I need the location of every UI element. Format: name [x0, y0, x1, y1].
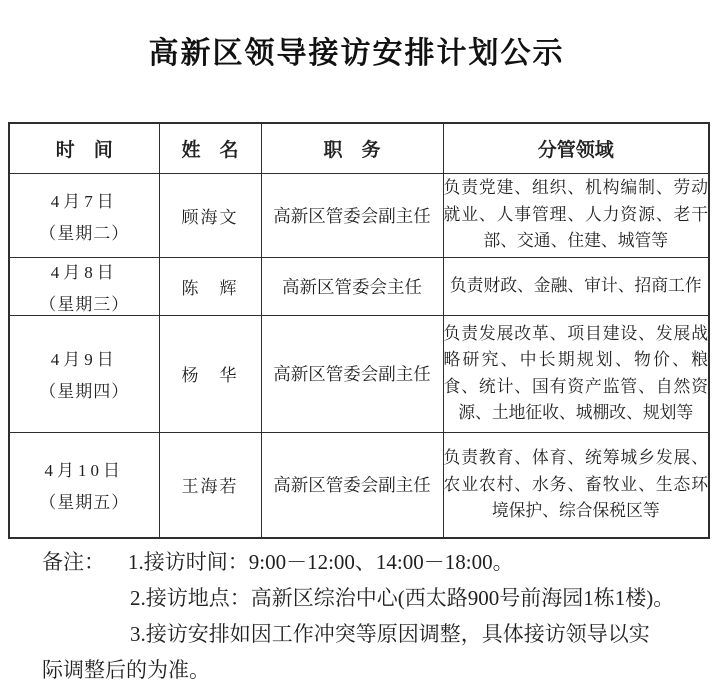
weekday-text: （星期四） — [10, 377, 159, 402]
notes-label: 备注： — [42, 544, 128, 580]
table-header-row: 时 间 姓 名 职 务 分管领域 — [9, 123, 709, 173]
duty-text: 负责财政、金融、审计、招商工作 — [444, 273, 709, 300]
notes-section: 备注：1.接访时间：9:00－12:00、14:00－18:00。 2.接访地点… — [8, 544, 708, 688]
duty-cell: 负责教育、体育、统筹城乡发展、农业农村、水务、畜牧业、生态环境保护、综合保税区等 — [443, 432, 709, 538]
time-cell: 4月8日 （星期三） — [9, 257, 159, 315]
time-cell: 4月9日 （星期四） — [9, 315, 159, 432]
note-line-2: 2.接访地点：高新区综治中心(西太路900号前海园1栋1楼)。 — [8, 580, 708, 616]
table-row: 4月10日 （星期五） 王海若 高新区管委会副主任 负责教育、体育、统筹城乡发展… — [9, 432, 709, 538]
note-line-3: 3.接访安排如因工作冲突等原因调整，具体接访领导以实际调整后的为准。 — [8, 616, 666, 688]
name-cell: 王海若 — [159, 432, 261, 538]
page-title: 高新区领导接访安排计划公示 — [0, 0, 713, 76]
weekday-text: （星期三） — [10, 290, 159, 315]
date-text: 4月7日 — [10, 187, 159, 212]
date-text: 4月9日 — [10, 345, 159, 370]
col-header-time: 时 间 — [9, 123, 159, 173]
duty-text: 负责发展改革、项目建设、发展战略研究、中长期规划、物价、粮食、统计、国有资产监管… — [444, 321, 709, 427]
note-item-reception-hours: 1.接访时间：9:00－12:00、14:00－18:00。 — [128, 550, 514, 574]
date-text: 4月10日 — [10, 456, 159, 481]
weekday-text: （星期五） — [10, 488, 159, 513]
col-header-name: 姓 名 — [159, 123, 261, 173]
table-row: 4月8日 （星期三） 陈 辉 高新区管委会主任 负责财政、金融、审计、招商工作 — [9, 257, 709, 315]
name-cell: 杨 华 — [159, 315, 261, 432]
weekday-text: （星期二） — [10, 219, 159, 244]
note-line-1: 备注：1.接访时间：9:00－12:00、14:00－18:00。 — [8, 544, 708, 580]
duty-cell: 负责财政、金融、审计、招商工作 — [443, 257, 709, 315]
reception-schedule-table: 时 间 姓 名 职 务 分管领域 4月7日 （星期二） 顾海文 高新区管委会副主… — [8, 122, 710, 539]
col-header-position: 职 务 — [261, 123, 443, 173]
duty-cell: 负责发展改革、项目建设、发展战略研究、中长期规划、物价、粮食、统计、国有资产监管… — [443, 315, 709, 432]
table-row: 4月7日 （星期二） 顾海文 高新区管委会副主任 负责党建、组织、机构编制、劳动… — [9, 173, 709, 257]
position-cell: 高新区管委会主任 — [261, 257, 443, 315]
duty-text: 负责党建、组织、机构编制、劳动就业、人事管理、人力资源、老干部、交通、住建、城管… — [444, 175, 709, 255]
position-cell: 高新区管委会副主任 — [261, 173, 443, 257]
name-cell: 陈 辉 — [159, 257, 261, 315]
name-cell: 顾海文 — [159, 173, 261, 257]
time-cell: 4月7日 （星期二） — [9, 173, 159, 257]
duty-text: 负责教育、体育、统筹城乡发展、农业农村、水务、畜牧业、生态环境保护、综合保税区等 — [444, 445, 709, 525]
announcement-page: 高新区领导接访安排计划公示 时 间 姓 名 职 务 分管领域 4月7日 （星期二… — [0, 0, 713, 689]
col-header-duty: 分管领域 — [443, 123, 709, 173]
table-row: 4月9日 （星期四） 杨 华 高新区管委会副主任 负责发展改革、项目建设、发展战… — [9, 315, 709, 432]
time-cell: 4月10日 （星期五） — [9, 432, 159, 538]
position-cell: 高新区管委会副主任 — [261, 315, 443, 432]
duty-cell: 负责党建、组织、机构编制、劳动就业、人事管理、人力资源、老干部、交通、住建、城管… — [443, 173, 709, 257]
position-cell: 高新区管委会副主任 — [261, 432, 443, 538]
date-text: 4月8日 — [10, 258, 159, 283]
